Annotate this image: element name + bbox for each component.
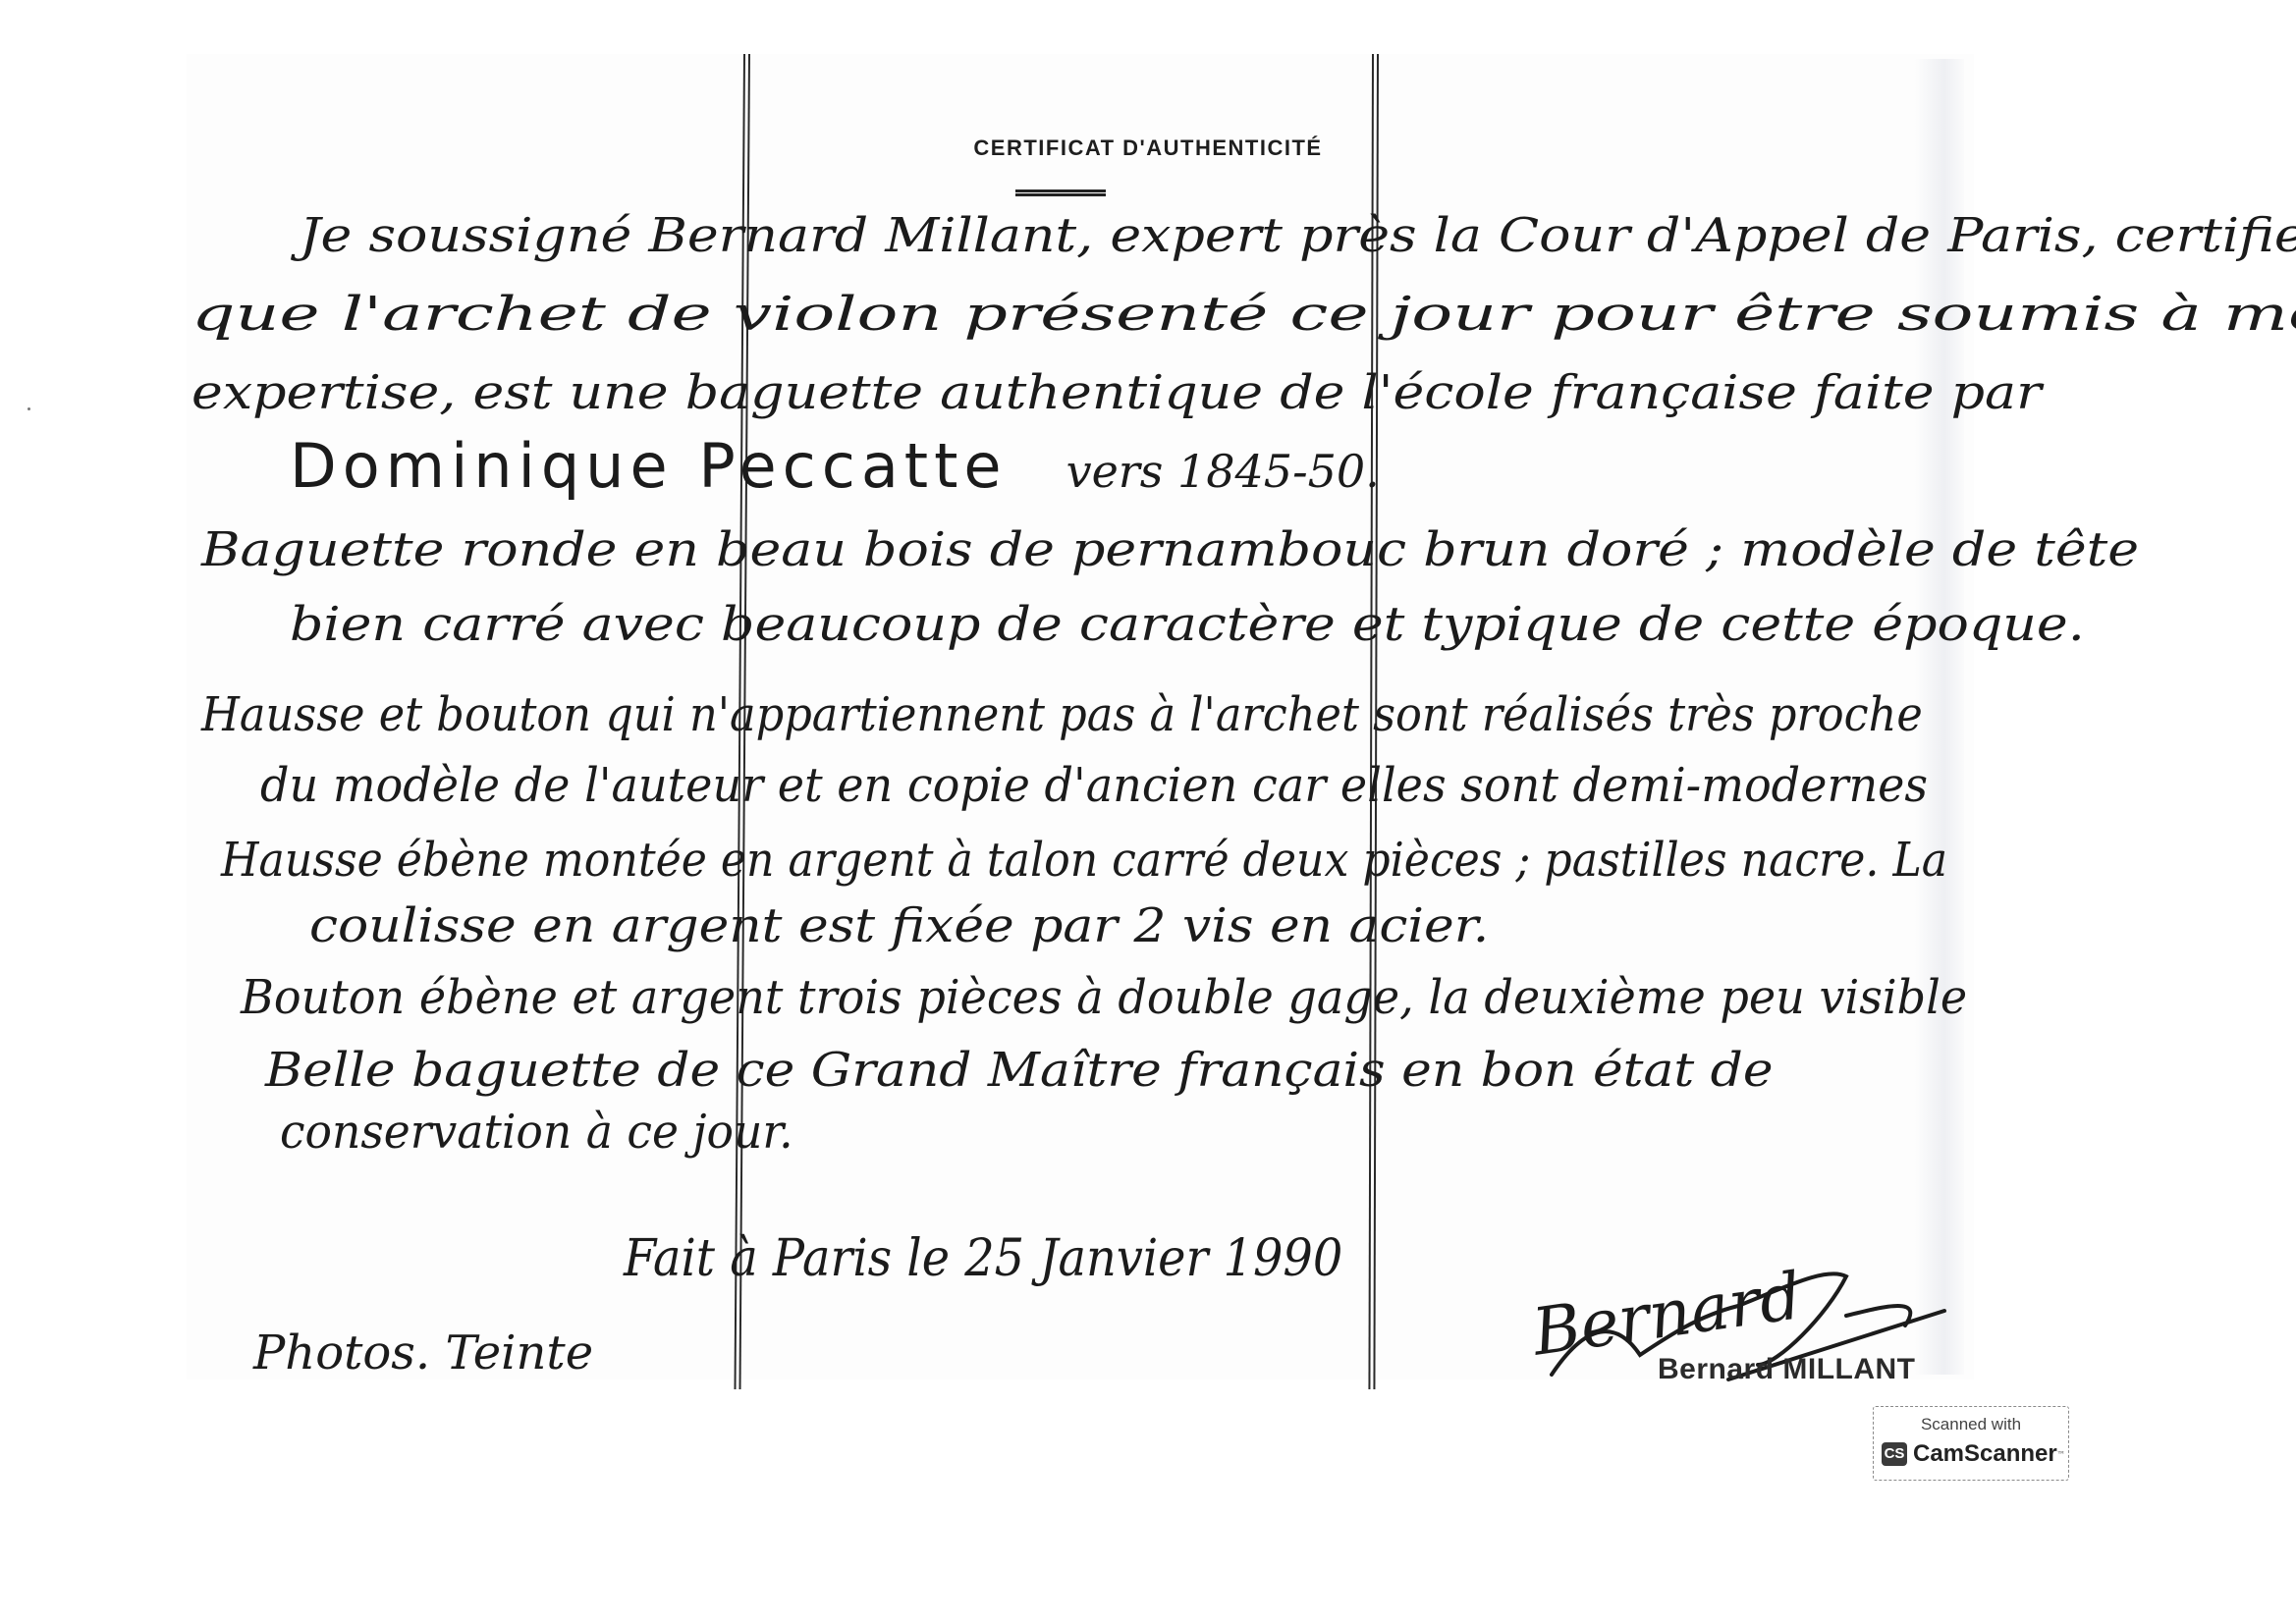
title-double-rule — [1015, 189, 1106, 196]
place-date: Fait à Paris le 25 Janvier 1990 — [624, 1229, 1342, 1288]
scan-speck — [27, 407, 30, 410]
trademark-symbol: ™ — [2057, 1450, 2065, 1459]
maker-name: Dominique Peccatte — [290, 430, 1008, 502]
stamped-name: Bernard MILLANT — [1658, 1353, 1916, 1386]
text-line-13: conservation à ce jour. — [280, 1105, 793, 1160]
text-line-5: Baguette ronde en beau bois de pernambou… — [201, 522, 2139, 577]
text-line-7: Hausse et bouton qui n'appartiennent pas… — [201, 687, 1923, 742]
text-line-9: Hausse ébène montée en argent à talon ca… — [221, 833, 1947, 888]
text-line-8: du modèle de l'auteur et en copie d'anci… — [260, 758, 1928, 813]
text-line-3: expertise, est une baguette authentique … — [191, 365, 2042, 420]
maker-line: Dominique Peccattevers 1845-50. — [290, 430, 1380, 502]
certificate-title: CERTIFICAT D'AUTHENTICITÉ — [0, 135, 2296, 161]
camscanner-brand-row: CS CamScanner™ — [1882, 1440, 2065, 1468]
text-line-1: Je soussigné Bernard Millant, expert prè… — [300, 208, 2296, 263]
scanned-with-label: Scanned with — [1874, 1415, 2068, 1434]
text-line-2: que l'archet de violon présenté ce jour … — [191, 287, 2296, 342]
text-line-11: Bouton ébène et argent trois pièces à do… — [241, 970, 1967, 1025]
text-line-10: coulisse en argent est fixée par 2 vis e… — [309, 898, 1489, 953]
scanned-page: CERTIFICAT D'AUTHENTICITÉ Je soussigné B… — [0, 0, 2296, 1623]
camscanner-brand: CamScanner — [1913, 1440, 2057, 1468]
camscanner-watermark: Scanned with CS CamScanner™ — [1873, 1406, 2069, 1481]
text-line-12: Belle baguette de ce Grand Maître frança… — [265, 1043, 1774, 1098]
camscanner-logo-icon: CS — [1882, 1442, 1907, 1466]
text-line-6: bien carré avec beaucoup de caractère et… — [290, 597, 2085, 652]
maker-date: vers 1845-50. — [1066, 445, 1380, 498]
photo-note: Photos. Teinte — [253, 1325, 593, 1380]
